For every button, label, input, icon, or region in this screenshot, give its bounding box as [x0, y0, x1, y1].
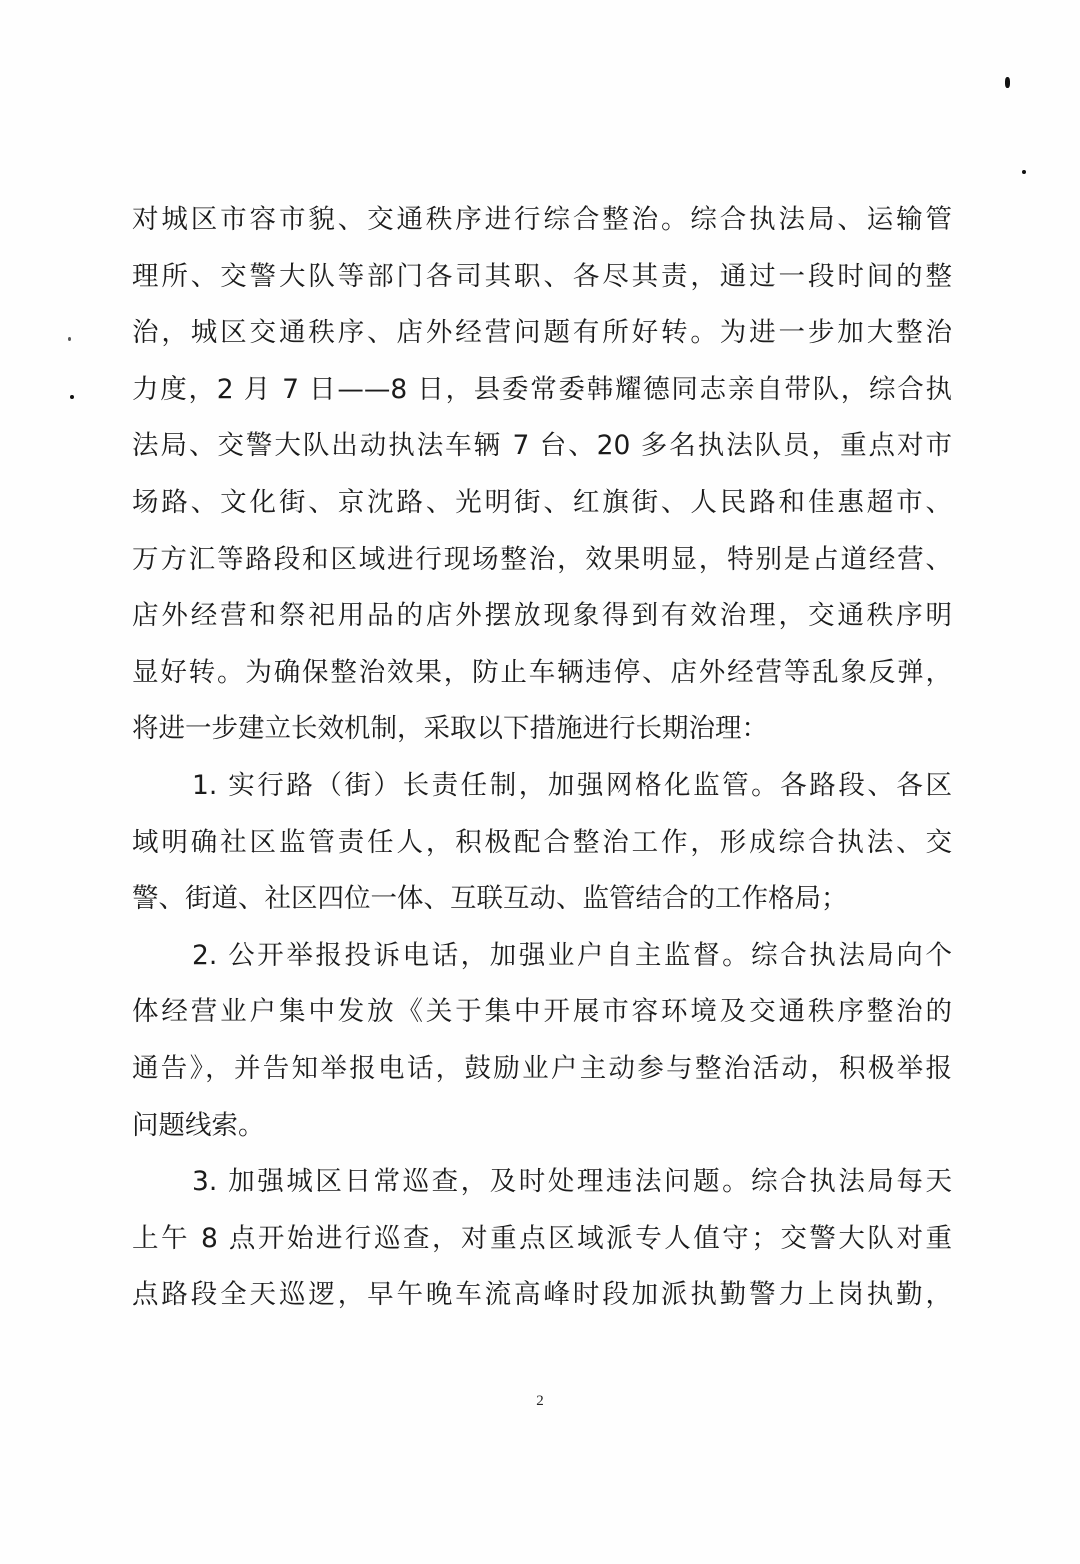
scan-speck	[1022, 170, 1026, 174]
text-line: 3. 加强城区日常巡查，及时处理违法问题。综合执法局每天	[132, 1161, 952, 1218]
text-line: 1. 实行路（街）长责任制，加强网格化监管。各路段、各区	[132, 765, 952, 822]
text-line: 通告》，并告知举报电话，鼓励业户主动参与整治活动，积极举报	[132, 1048, 952, 1105]
list-item-2: 2. 公开举报投诉电话，加强业户自主监督。综合执法局向个 体经营业户集中发放《关…	[132, 935, 952, 1161]
text-line: 警、街道、社区四位一体、互联互动、监管结合的工作格局；	[132, 878, 952, 935]
page-number: 2	[536, 1393, 544, 1410]
document-page: 对城区市容市貌、交通秩序进行综合整治。综合执法局、运输管 理所、交警大队等部门各…	[0, 0, 1080, 1564]
text-line: 问题线索。	[132, 1105, 952, 1162]
text-line: 显好转。为确保整治效果，防止车辆违停、店外经营等乱象反弹，	[132, 652, 952, 709]
text-line: 力度，2 月 7 日——8 日，县委常委韩耀德同志亲自带队，综合执	[132, 369, 952, 426]
text-line: 万方汇等路段和区域进行现场整治，效果明显，特别是占道经营、	[132, 539, 952, 596]
text-line: 将进一步建立长效机制，采取以下措施进行长期治理：	[132, 708, 952, 765]
scan-speck	[1005, 77, 1010, 88]
text-line: 店外经营和祭祀用品的店外摆放现象得到有效治理，交通秩序明	[132, 595, 952, 652]
text-line: 上午 8 点开始进行巡查，对重点区域派专人值守；交警大队对重	[132, 1218, 952, 1275]
list-item-3: 3. 加强城区日常巡查，及时处理违法问题。综合执法局每天 上午 8 点开始进行巡…	[132, 1161, 952, 1331]
text-line: 域明确社区监管责任人，积极配合整治工作，形成综合执法、交	[132, 822, 952, 879]
text-line: 点路段全天巡逻，早午晚车流高峰时段加派执勤警力上岗执勤，	[132, 1274, 952, 1331]
text-line: 2. 公开举报投诉电话，加强业户自主监督。综合执法局向个	[132, 935, 952, 992]
list-item-1: 1. 实行路（街）长责任制，加强网格化监管。各路段、各区 域明确社区监管责任人，…	[132, 765, 952, 935]
text-line: 法局、交警大队出动执法车辆 7 台、20 多名执法队员，重点对市	[132, 425, 952, 482]
paragraph-continuation: 对城区市容市貌、交通秩序进行综合整治。综合执法局、运输管 理所、交警大队等部门各…	[132, 199, 952, 765]
text-line: 场路、文化街、京沈路、光明街、红旗街、人民路和佳惠超市、	[132, 482, 952, 539]
scan-speck	[68, 337, 71, 341]
scan-speck	[70, 395, 74, 399]
document-body: 对城区市容市貌、交通秩序进行综合整治。综合执法局、运输管 理所、交警大队等部门各…	[132, 199, 952, 1331]
text-line: 理所、交警大队等部门各司其职、各尽其责，通过一段时间的整	[132, 256, 952, 313]
text-line: 对城区市容市貌、交通秩序进行综合整治。综合执法局、运输管	[132, 199, 952, 256]
text-line: 治，城区交通秩序、店外经营问题有所好转。为进一步加大整治	[132, 312, 952, 369]
text-line: 体经营业户集中发放《关于集中开展市容环境及交通秩序整治的	[132, 991, 952, 1048]
